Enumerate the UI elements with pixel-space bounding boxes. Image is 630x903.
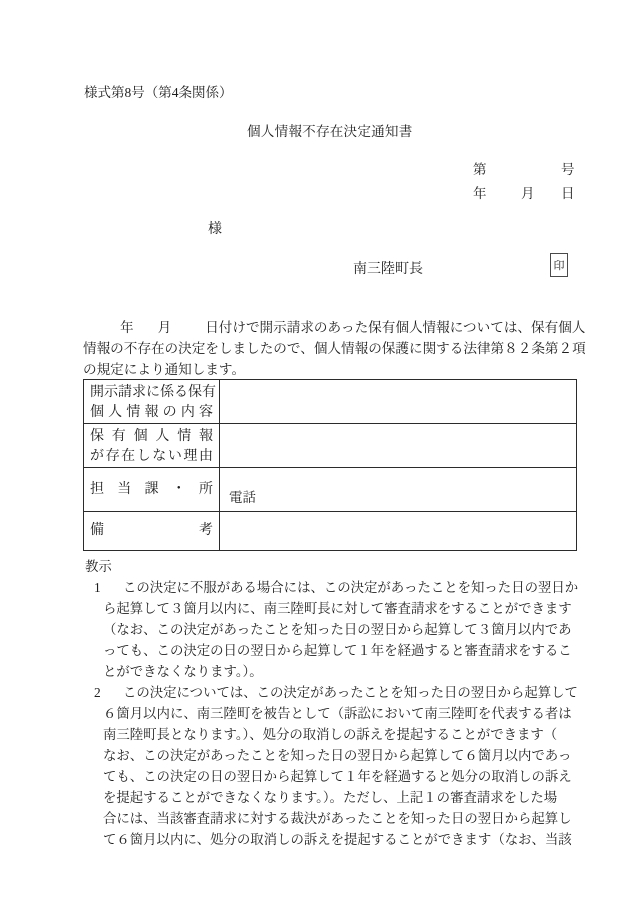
issuer-name: 南三陸町長 <box>353 258 423 278</box>
table-row-disclosure-content: 開示請求に係る保有 個人情報の内容 <box>84 380 576 423</box>
body-line-1-text: 日付けで開示請求のあった保有個人情報については、保有個人 <box>205 320 585 335</box>
addressee-honorific: 様 <box>208 218 222 238</box>
notice-line: （なお、この決定があったことを知った日の翌日から起算して３箇月以内であ <box>94 619 578 640</box>
body-line-1: 年月日付けで開示請求のあった保有個人情報については、保有個人 <box>83 317 580 338</box>
document-page: 様式第8号（第4条関係） 個人情報不存在決定通知書 第 号 年 月 日 様 南三… <box>0 0 630 903</box>
body-line-2: 情報の不存在の決定をしましたので、個人情報の保護に関する法律第８２条第２項 <box>83 338 580 359</box>
table-row-department: 担当課・所 電話 <box>84 467 576 511</box>
date-month-label: 月 <box>521 182 535 202</box>
date-year-label: 年 <box>473 182 487 202</box>
row-header-remarks: 備考 <box>84 512 220 550</box>
notice-heading: 教示 <box>85 556 578 577</box>
notice-item-1: 1この決定に不服がある場合には、この決定があったことを知った日の翌日か ら起算し… <box>94 577 578 682</box>
seal-box: 印 <box>550 253 568 277</box>
notice-line: とができなくなります。）。 <box>94 661 578 682</box>
cell-remarks <box>220 512 576 550</box>
form-number: 様式第8号（第4条関係） <box>84 81 233 101</box>
row-header-department: 担当課・所 <box>84 468 220 511</box>
body-date-month: 月 <box>158 320 172 335</box>
notice-line: て６箇月以内に、処分の取消しの訴えを提起することができます（なお、当該 <box>94 829 578 850</box>
notice-line: 2この決定については、この決定があったことを知った日の翌日から起算して <box>94 682 578 703</box>
row-header-disclosure-content: 開示請求に係る保有 個人情報の内容 <box>84 380 220 423</box>
body-paragraph: 年月日付けで開示請求のあった保有個人情報については、保有個人 情報の不存在の決定… <box>83 317 580 380</box>
item-number: 1 <box>94 577 123 598</box>
notice-section: 教示 1この決定に不服がある場合には、この決定があったことを知った日の翌日か ら… <box>85 556 578 850</box>
table-row-remarks: 備考 <box>84 511 576 550</box>
seal-label: 印 <box>554 257 565 273</box>
document-title: 個人情報不存在決定通知書 <box>247 120 413 140</box>
notice-line: ても、この決定の日の翌日から起算して１年を経過すると処分の取消しの訴え <box>94 766 578 787</box>
notice-line: っても、この決定の日の翌日から起算して１年を経過すると審査請求をするこ <box>94 640 578 661</box>
cell-nonexistence-reason <box>220 424 576 467</box>
cell-department: 電話 <box>220 468 576 511</box>
notice-line: 1この決定に不服がある場合には、この決定があったことを知った日の翌日か <box>94 577 578 598</box>
notice-line-text: この決定については、この決定があったことを知った日の翌日から起算して <box>123 682 578 703</box>
table-row-nonexistence-reason: 保有個人情報 が存在しない理由 <box>84 423 576 467</box>
notice-line: ６箇月以内に、南三陸町を被告として（訴訟において南三陸町を代表する者は <box>94 703 578 724</box>
notice-line: なお、この決定があったことを知った日の翌日から起算して６箇月以内であっ <box>94 745 578 766</box>
item-number: 2 <box>94 682 123 703</box>
form-table: 開示請求に係る保有 個人情報の内容 保有個人情報 が存在しない理由 担当課・所 … <box>83 379 577 551</box>
notice-line: 合には、当該審査請求に対する裁決があったことを知った日の翌日から起算し <box>94 808 578 829</box>
notice-line-text: この決定に不服がある場合には、この決定があったことを知った日の翌日か <box>123 577 578 598</box>
notice-item-2: 2この決定については、この決定があったことを知った日の翌日から起算して ６箇月以… <box>94 682 578 850</box>
body-date-year: 年 <box>120 320 134 335</box>
doc-number-prefix: 第 <box>473 158 487 178</box>
doc-number-suffix: 号 <box>561 158 575 178</box>
notice-line: ら起算して３箇月以内に、南三陸町長に対して審査請求をすることができます <box>94 598 578 619</box>
cell-disclosure-content <box>220 380 576 423</box>
date-day-label: 日 <box>561 182 575 202</box>
phone-label: 電話 <box>229 486 256 506</box>
body-line-3: の規定により通知します。 <box>83 359 580 380</box>
row-header-nonexistence-reason: 保有個人情報 が存在しない理由 <box>84 424 220 467</box>
notice-line: 南三陸町長となります。）、処分の取消しの訴えを提起することができます（ <box>94 724 578 745</box>
notice-line: を提起することができなくなります。）。ただし、上記１の審査請求をした場 <box>94 787 578 808</box>
